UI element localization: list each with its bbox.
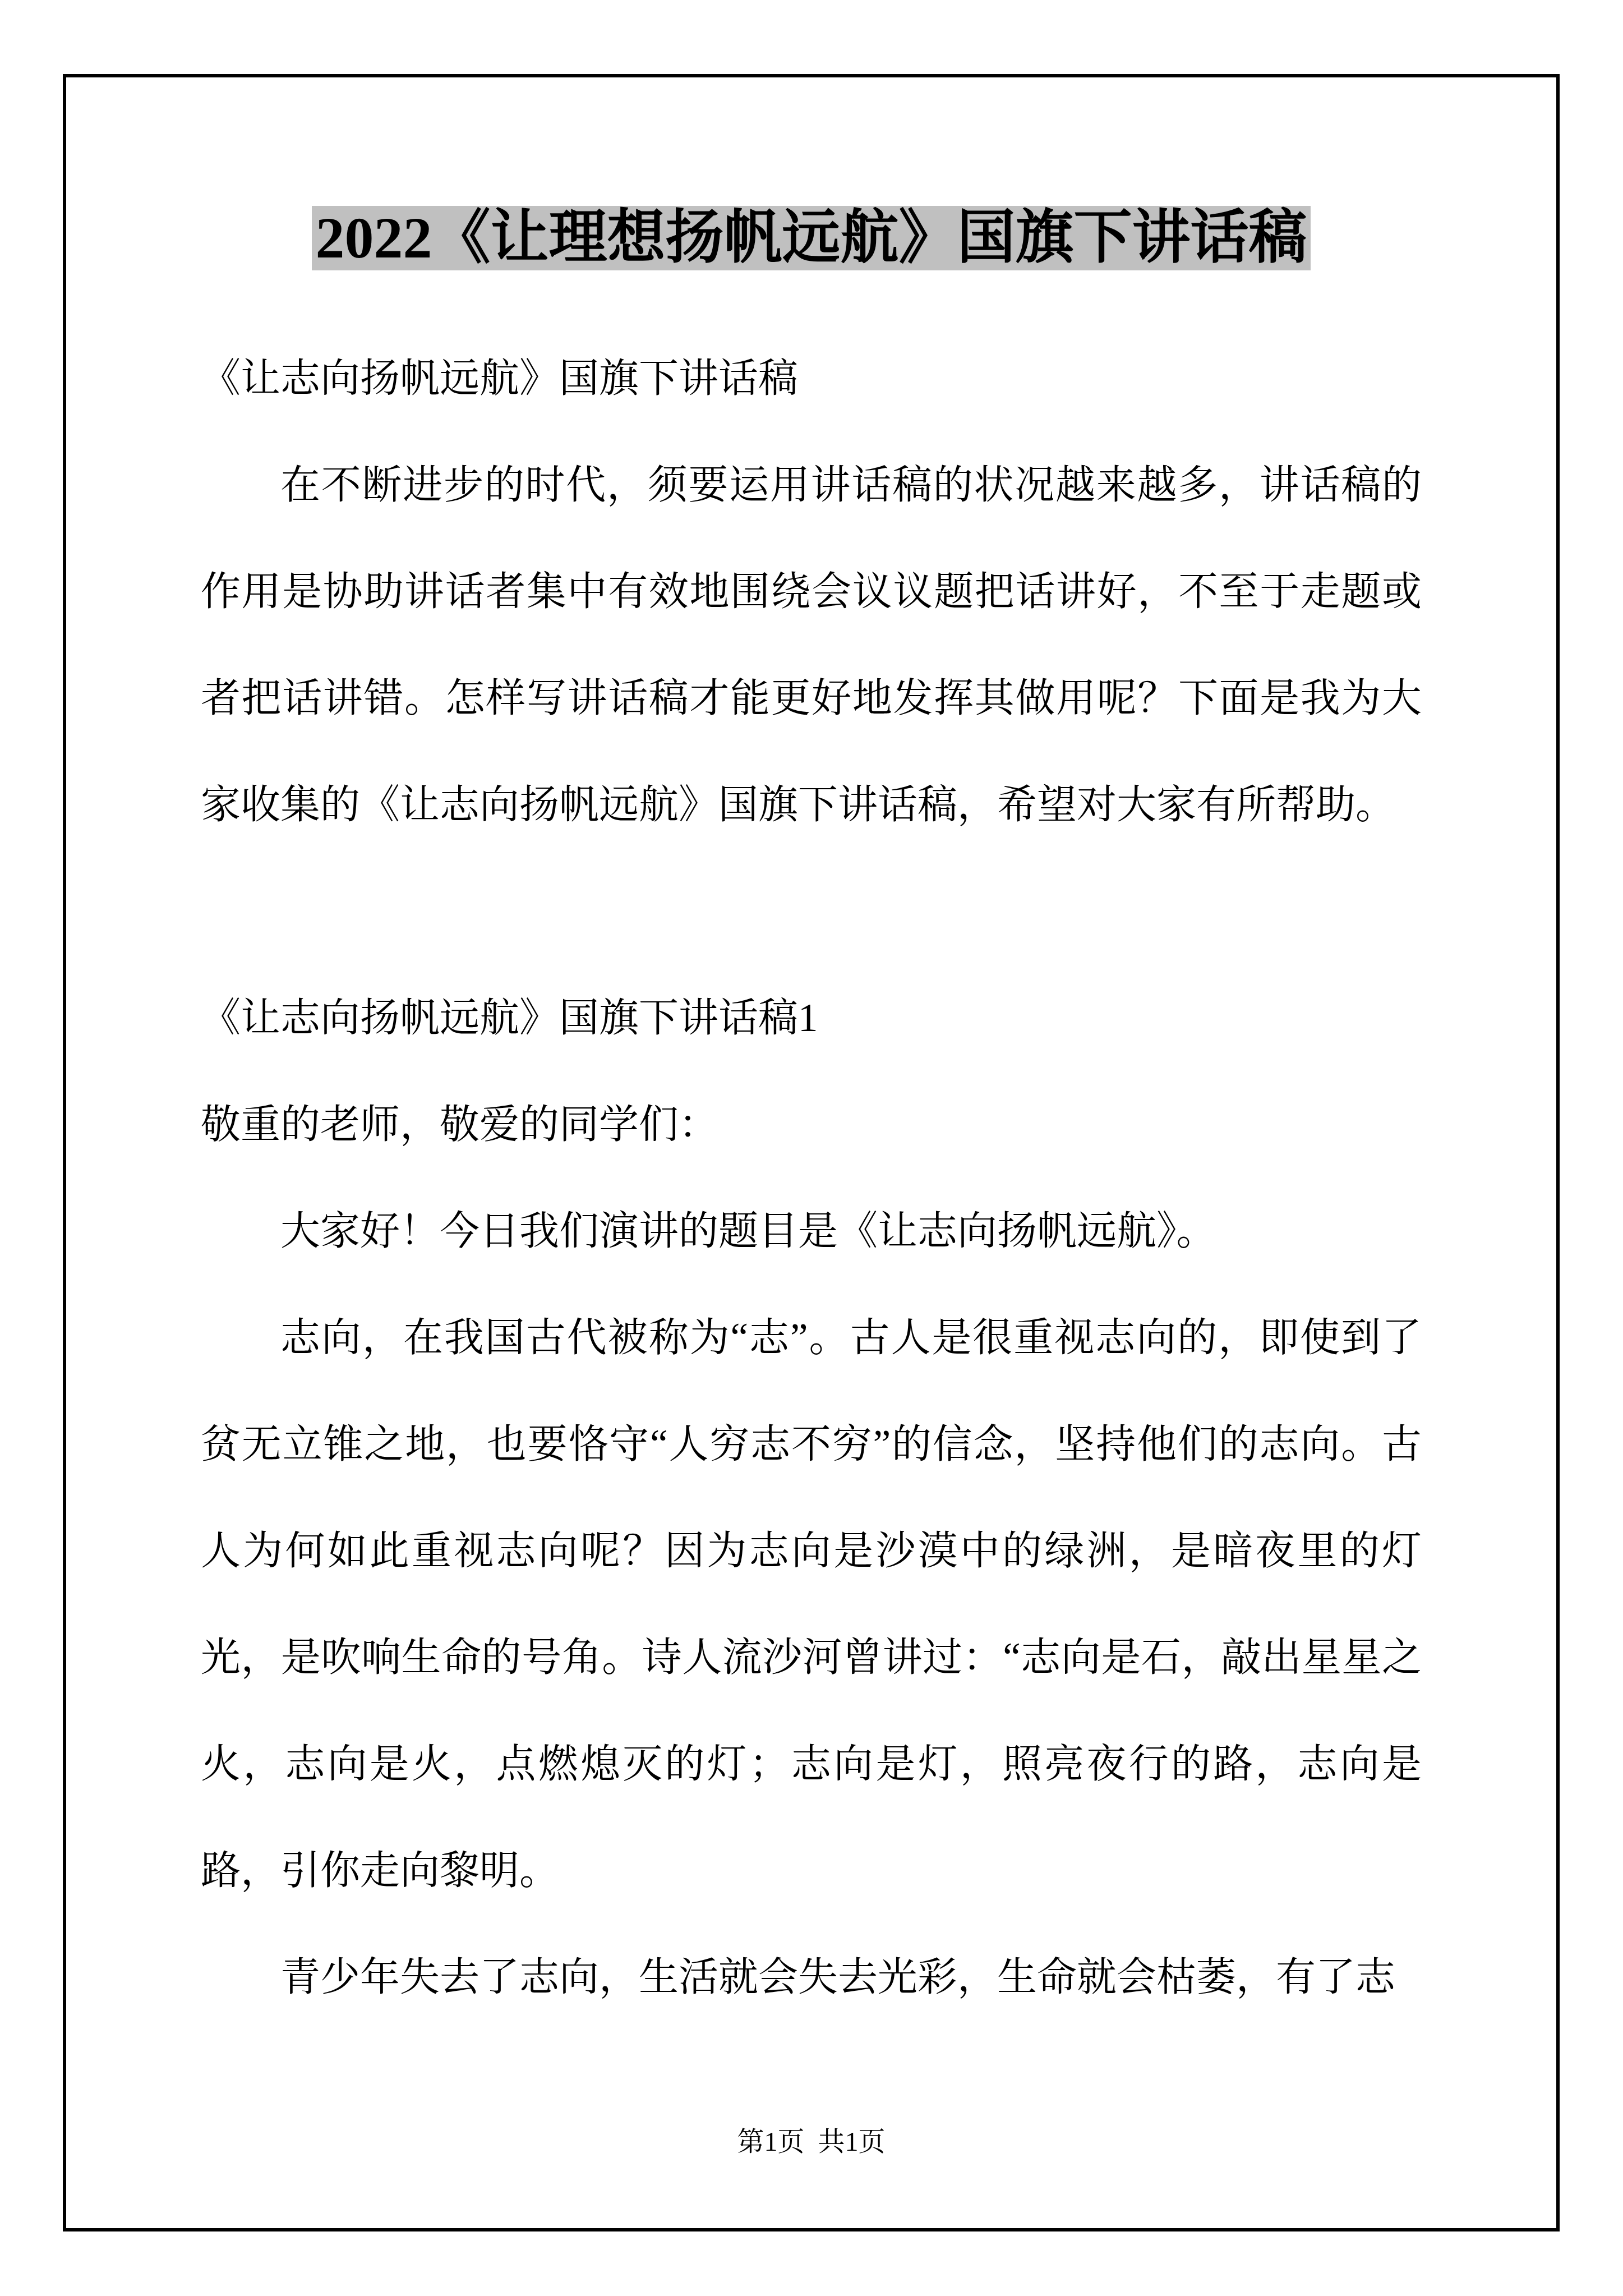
paragraph: 在不断进步的时代，须要运用讲话稿的状况越来越多，讲话稿的作用是协助讲话者集中有效… <box>201 432 1422 858</box>
page-title: 2022《让理想扬帆远航》国旗下讲话稿 <box>201 200 1422 276</box>
paragraph: 敬重的老师，敬爱的同学们： <box>201 1071 1422 1178</box>
document-screenshot: { "page": { "background_color": "#ffffff… <box>0 0 1623 2296</box>
blank-line <box>201 858 1422 965</box>
paragraph: 《让志向扬帆远航》国旗下讲话稿1 <box>201 965 1422 1071</box>
paragraph: 青少年失去了志向，生活就会失去光彩，生命就会枯萎，有了志 <box>201 1924 1422 2031</box>
document-body: 《让志向扬帆远航》国旗下讲话稿在不断进步的时代，须要运用讲话稿的状况越来越多，讲… <box>201 325 1422 2031</box>
paragraph: 志向，在我国古代被称为“志”。古人是很重视志向的，即使到了贫无立锥之地，也要恪守… <box>201 1285 1422 1924</box>
page-border-frame: 2022《让理想扬帆远航》国旗下讲话稿 《让志向扬帆远航》国旗下讲话稿在不断进步… <box>63 74 1560 2231</box>
paragraph: 《让志向扬帆远航》国旗下讲话稿 <box>201 325 1422 432</box>
title-highlight: 2022《让理想扬帆远航》国旗下讲话稿 <box>312 206 1310 270</box>
page-number: 第1页 共1页 <box>66 2128 1556 2156</box>
paragraph: 大家好！今日我们演讲的题目是《让志向扬帆远航》。 <box>201 1178 1422 1285</box>
